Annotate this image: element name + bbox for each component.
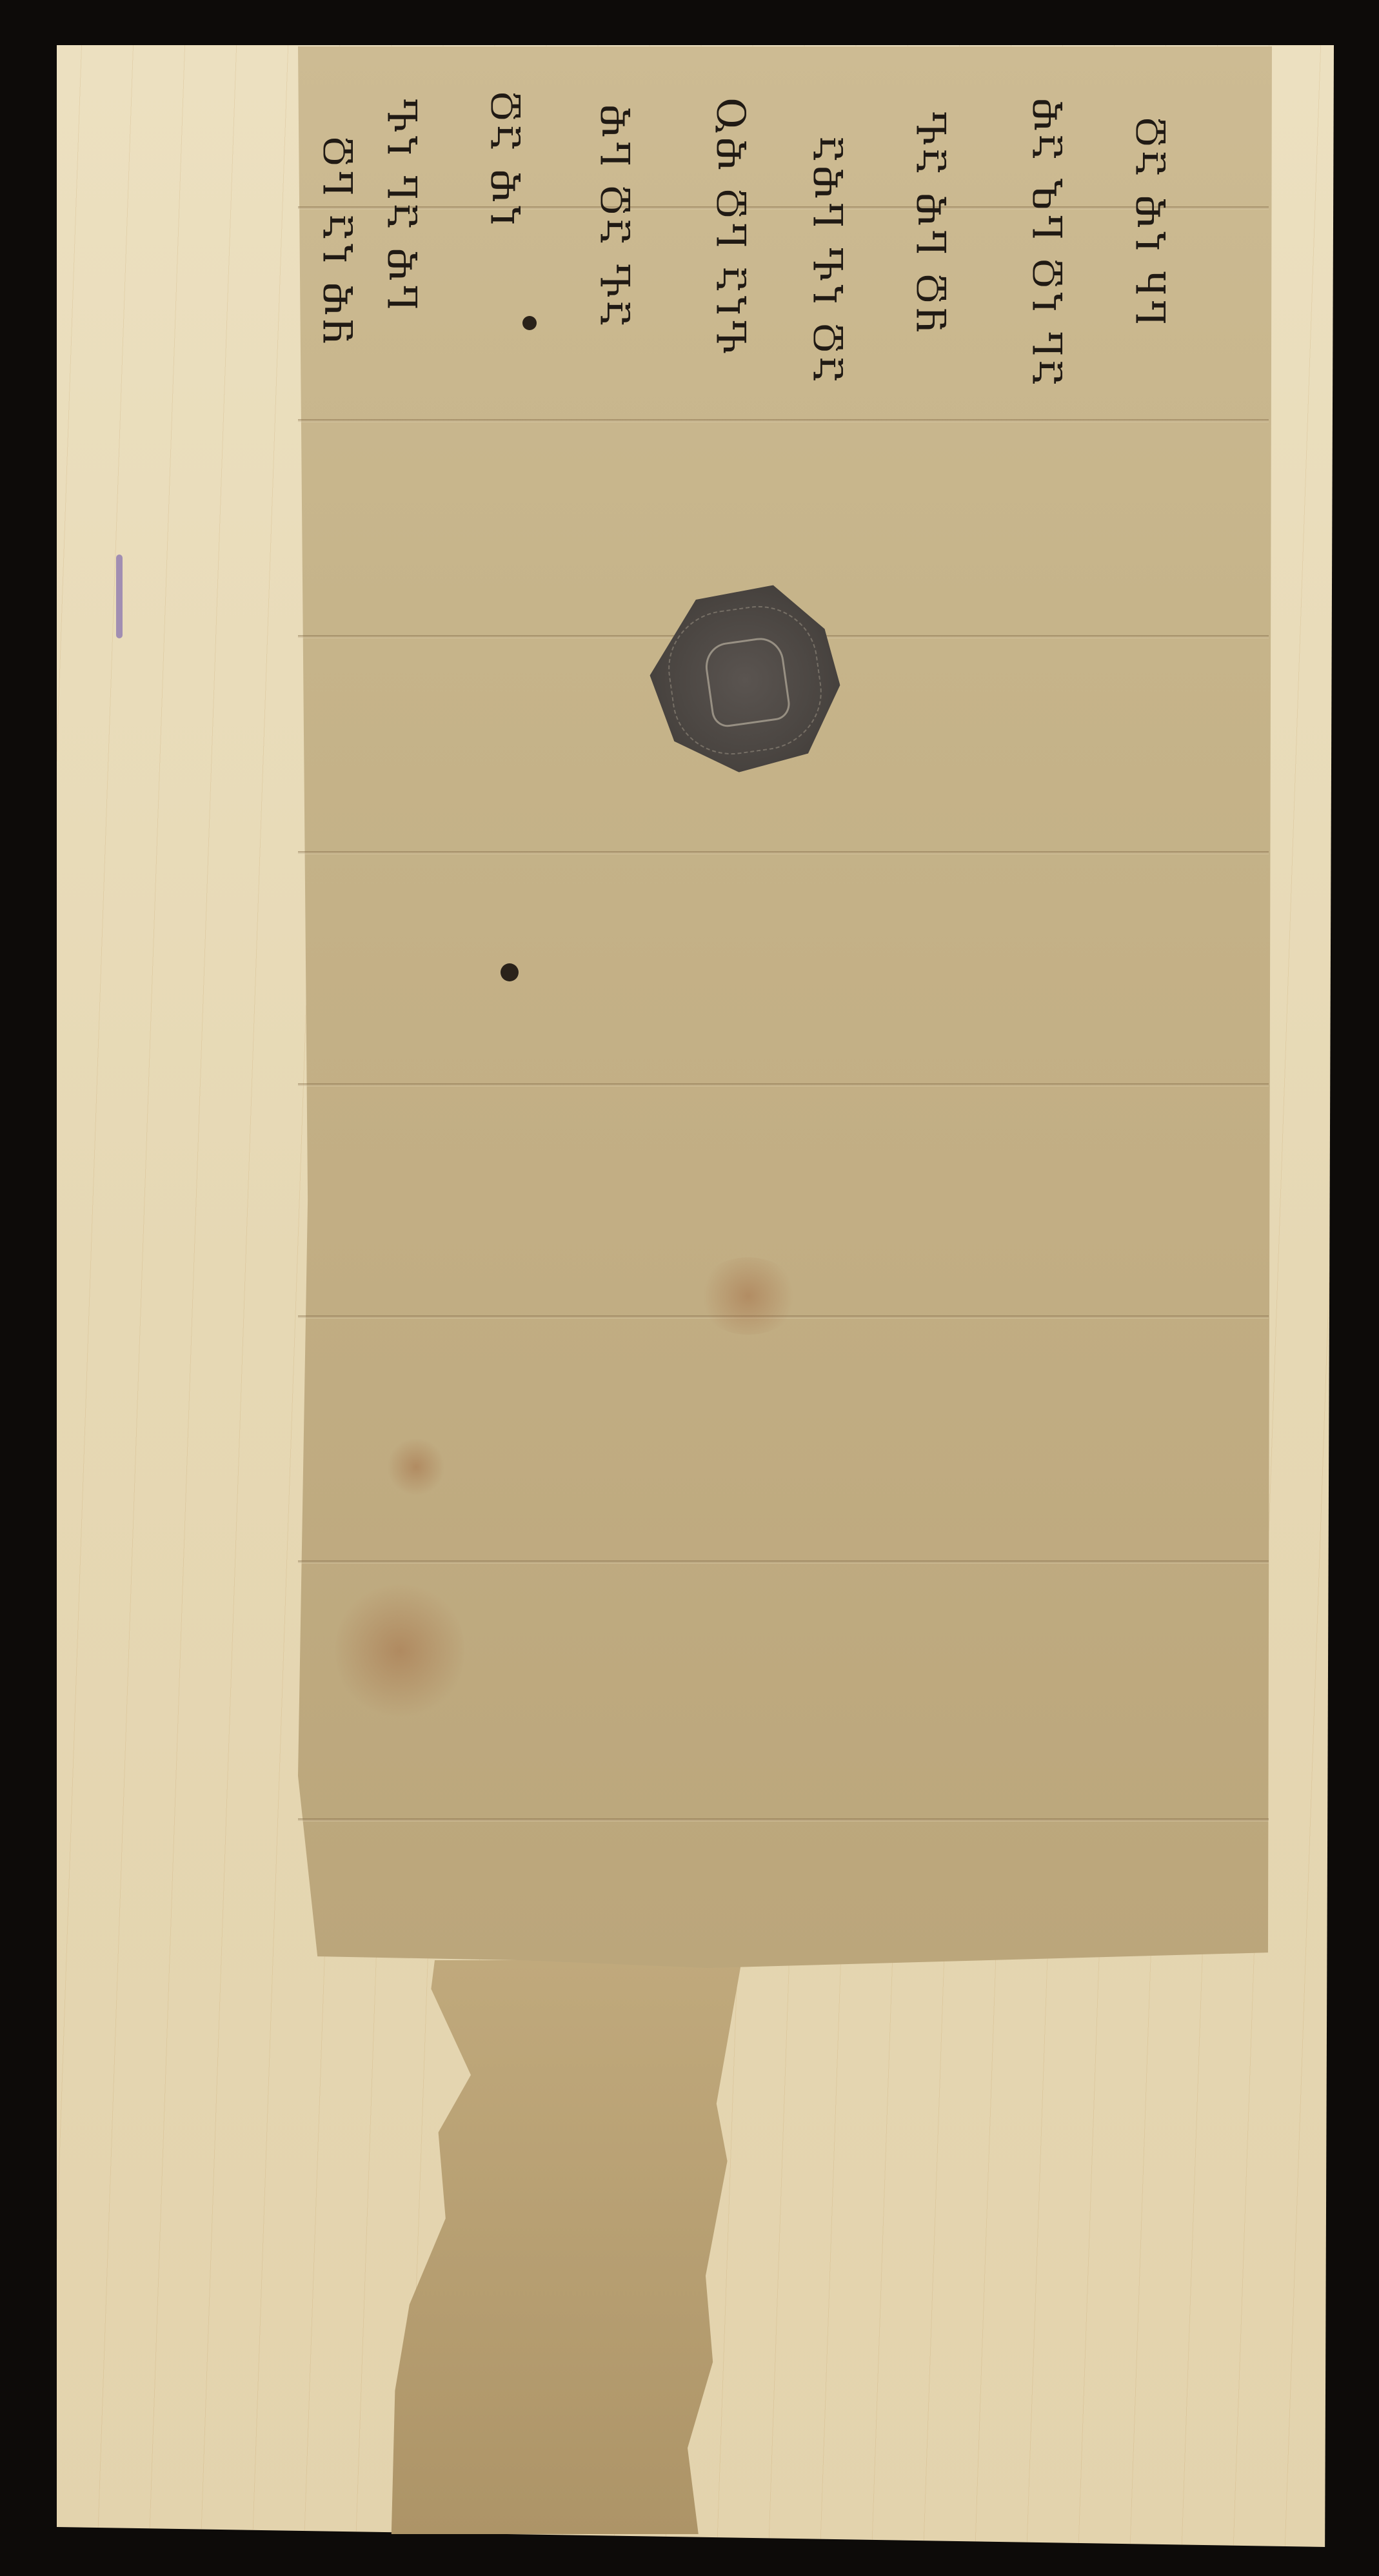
handwritten-line: ႣႠ ႫႨ [483,92,524,230]
fold-line [298,1560,1269,1564]
ink-dot [522,316,537,330]
handwritten-line: ႥႨ ႤႠ ႫႤ [380,98,421,314]
handwritten-line: ႫႤ ႣႠ ႥႠ [593,104,633,330]
fold-line [298,419,1269,422]
handwritten-line: ႳႫ ႣႤ ႠႨႥ [709,98,749,358]
handwritten-line: ႠႫႤ ႥႨ ႣႠ [806,137,846,386]
handwritten-line: ႣႤ ႠႨ ႫႬ [315,137,356,349]
violet-mark [116,555,123,638]
fold-line [298,1083,1269,1086]
ink-dot [501,963,519,981]
handwritten-line: ႫႠ ႦႤ ႣႨ ႤႠ [1025,98,1066,389]
fold-line [298,851,1269,854]
handwritten-line: ႣႠ ႫႨ ႷႤ [1128,117,1169,329]
seal-central-monogram [702,635,792,729]
handwritten-line: ႥႠ ႫႤ ႣႬ [909,111,949,337]
stain [697,1257,800,1335]
stain [335,1580,464,1722]
fold-line [298,206,1269,210]
stain [387,1438,445,1496]
fold-line [298,1818,1269,1822]
